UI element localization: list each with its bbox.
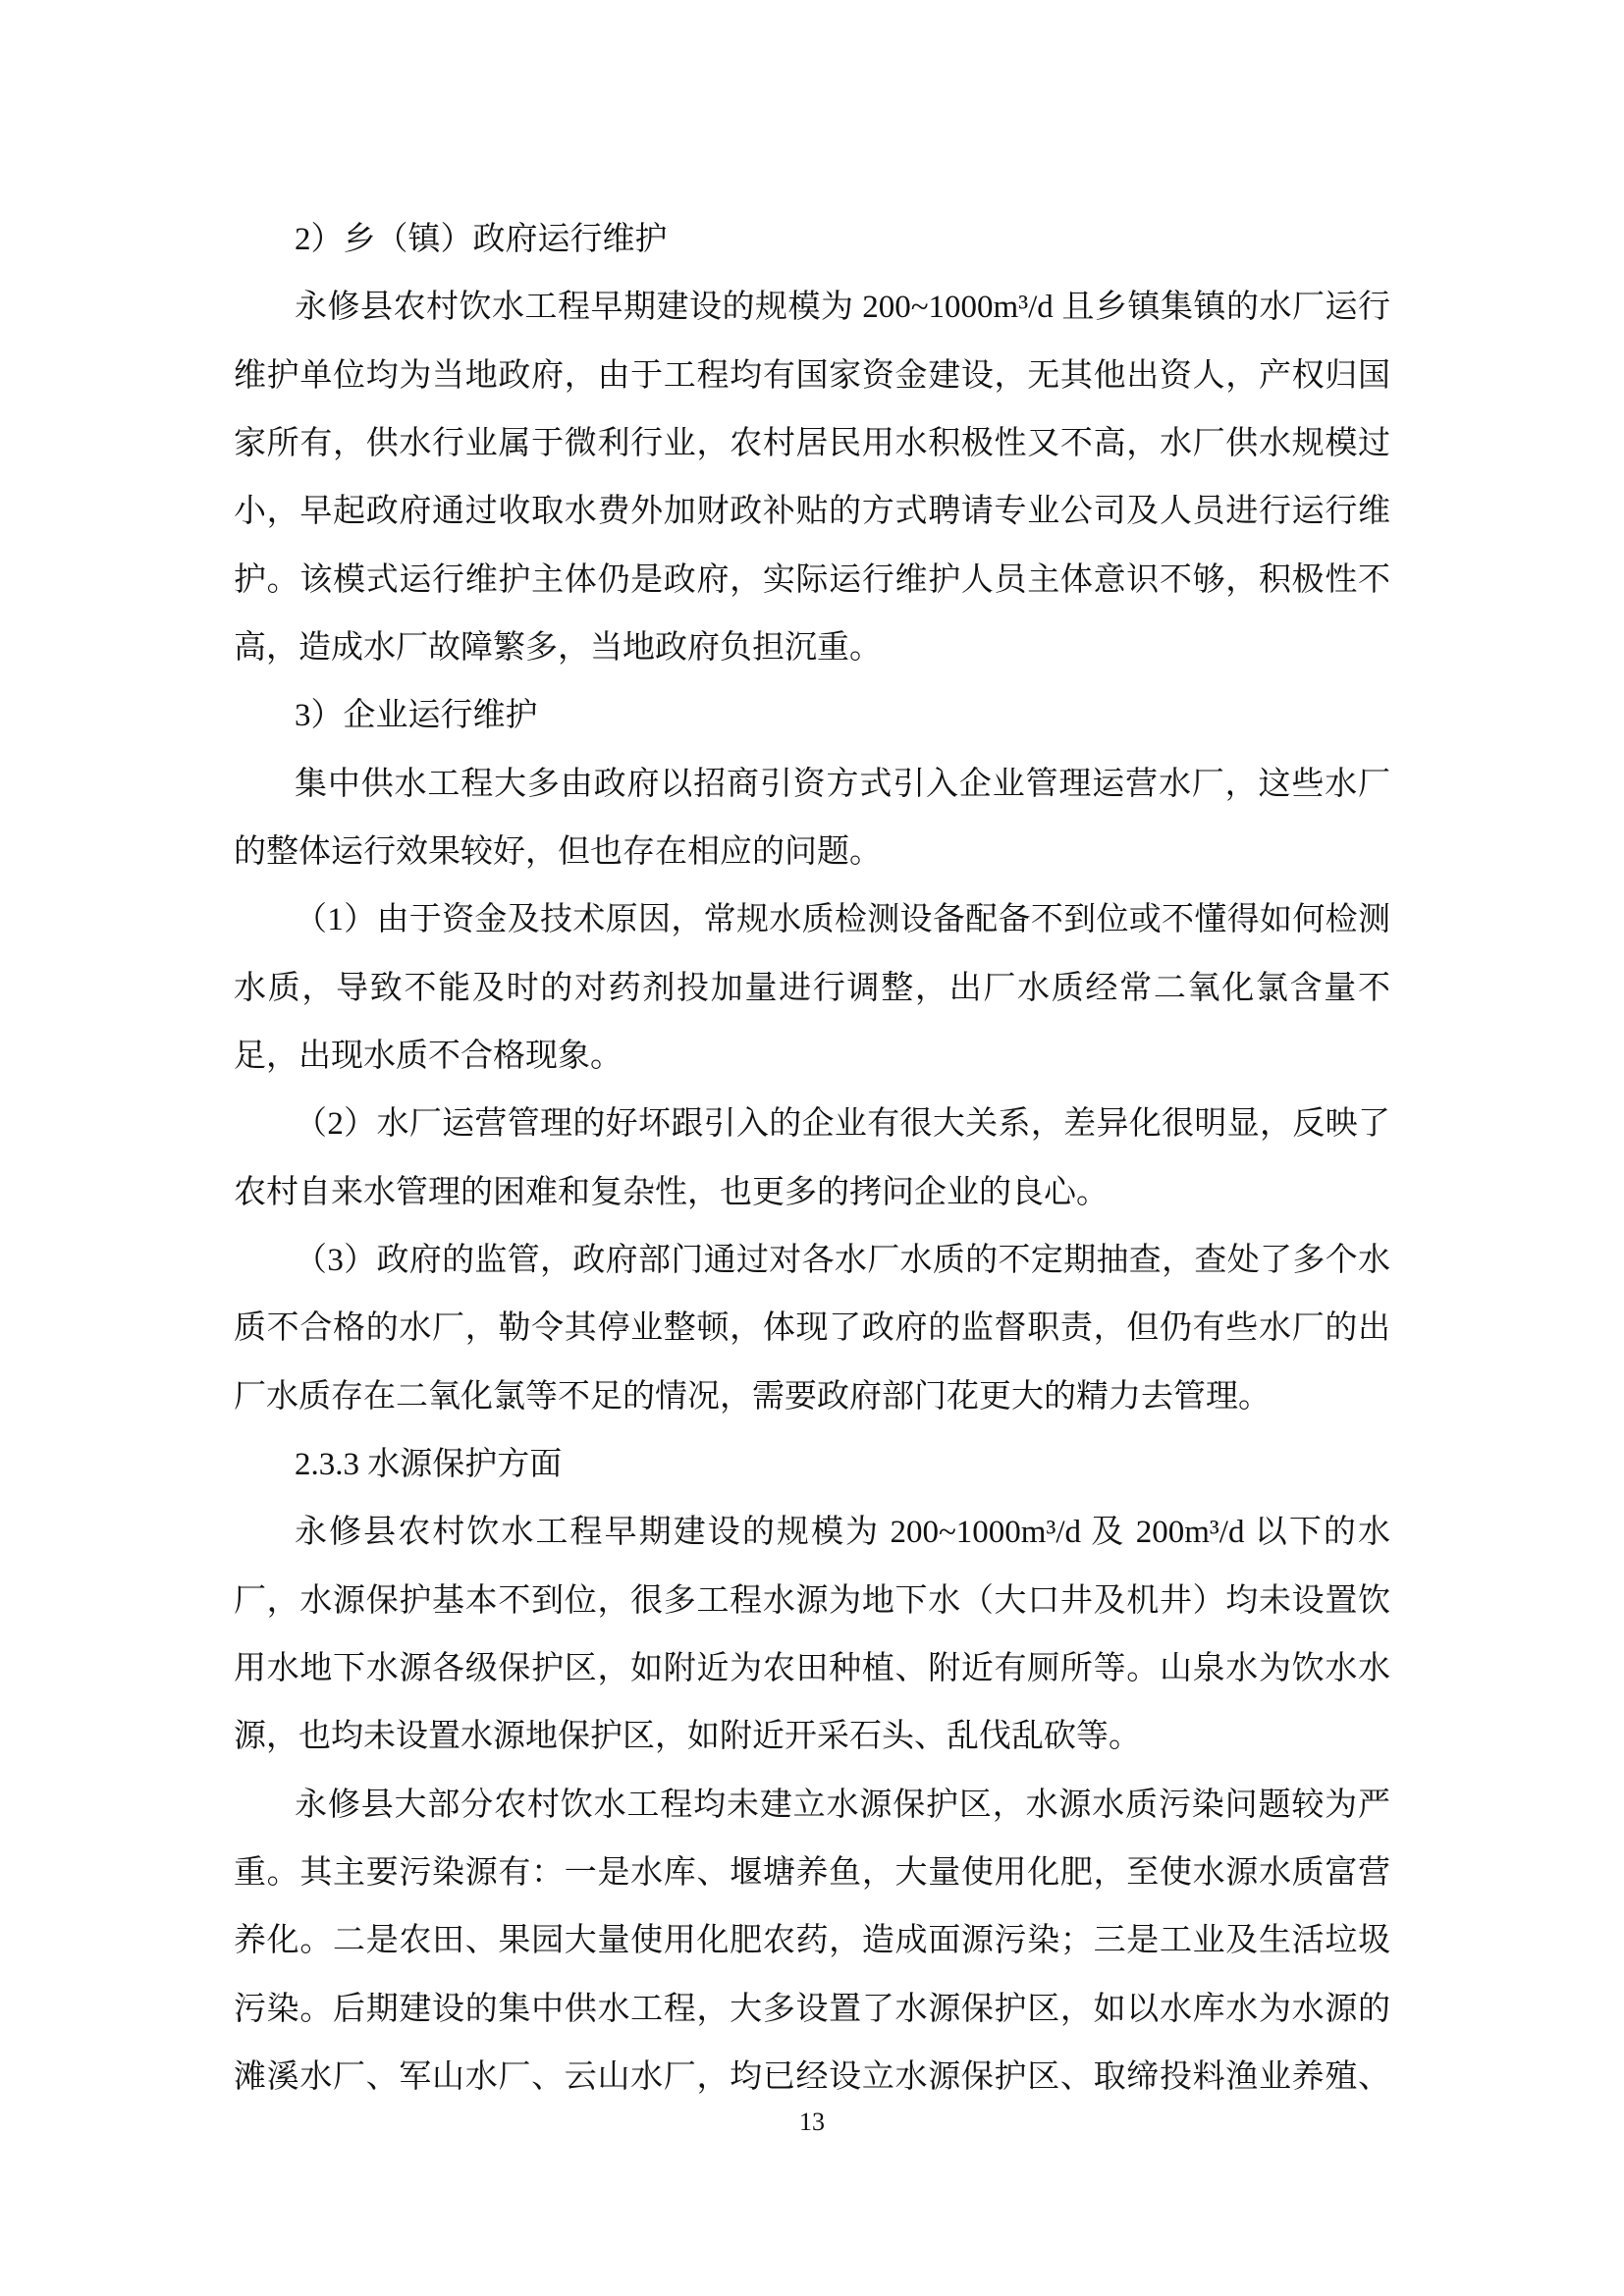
paragraph-line: 重。其主要污染源有：一是水库、堰塘养鱼，大量使用化肥，至使水源水质富营 [234,1840,1390,1907]
subheading-enterprise-maintenance: 3）企业运行维护 [234,682,1390,750]
page-number: 13 [0,2103,1624,2142]
list-item-3-line: （3）政府的监管，政府部门通过对各水厂水质的不定期抽查，查处了多个水 [234,1227,1390,1295]
paragraph-line: 家所有，供水行业属于微利行业，农村居民用水积极性又不高，水厂供水规模过 [234,410,1390,478]
document-page: 2）乡（镇）政府运行维护 永修县农村饮水工程早期建设的规模为 200~1000m… [0,0,1624,2296]
paragraph-line: 永修县农村饮水工程早期建设的规模为 200~1000m³/d 且乡镇集镇的水厂运… [234,274,1390,342]
list-item-2-line: （2）水厂运营管理的好坏跟引入的企业有很大关系，差异化很明显，反映了 [234,1091,1390,1158]
paragraph-line: 养化。二是农田、果园大量使用化肥农药，造成面源污染；三是工业及生活垃圾 [234,1907,1390,1975]
paragraph-line: 小，早起政府通过收取水费外加财政补贴的方式聘请专业公司及人员进行运行维 [234,478,1390,546]
section-heading-water-source-protection: 2.3.3 水源保护方面 [234,1431,1390,1499]
paragraph-line: 源，也均未设置水源地保护区，如附近开采石头、乱伐乱砍等。 [234,1703,1390,1771]
paragraph-line: 滩溪水厂、军山水厂、云山水厂，均已经设立水源保护区、取缔投料渔业养殖、 [234,2044,1390,2111]
paragraph-line: 护。该模式运行维护主体仍是政府，实际运行维护人员主体意识不够，积极性不 [234,547,1390,614]
body-text: 2）乡（镇）政府运行维护 永修县农村饮水工程早期建设的规模为 200~1000m… [234,206,1390,2111]
list-item-1-line: （1）由于资金及技术原因，常规水质检测设备配备不到位或不懂得如何检测 [234,886,1390,954]
list-item-1-line: 足，出现水质不合格现象。 [234,1023,1390,1091]
list-item-2-line: 农村自来水管理的困难和复杂性，也更多的拷问企业的良心。 [234,1159,1390,1227]
paragraph-line: 永修县大部分农村饮水工程均未建立水源保护区，水源水质污染问题较为严 [234,1772,1390,1840]
list-item-3-line: 质不合格的水厂，勒令其停业整顿，体现了政府的监督职责，但仍有些水厂的出 [234,1295,1390,1362]
list-item-1-line: 水质，导致不能及时的对药剂投加量进行调整，出厂水质经常二氧化氯含量不 [234,955,1390,1023]
paragraph-line: 厂，水源保护基本不到位，很多工程水源为地下水（大口井及机井）均未设置饮 [234,1568,1390,1635]
paragraph-line: 高，造成水厂故障繁多，当地政府负担沉重。 [234,614,1390,682]
paragraph-line: 集中供水工程大多由政府以招商引资方式引入企业管理运营水厂，这些水厂 [234,751,1390,819]
list-item-3-line: 厂水质存在二氧化氯等不足的情况，需要政府部门花更大的精力去管理。 [234,1363,1390,1431]
subheading-township-maintenance: 2）乡（镇）政府运行维护 [234,206,1390,274]
paragraph-line: 用水地下水源各级保护区，如附近为农田种植、附近有厕所等。山泉水为饮水水 [234,1635,1390,1703]
paragraph-line: 的整体运行效果较好，但也存在相应的问题。 [234,819,1390,886]
paragraph-line: 维护单位均为当地政府，由于工程均有国家资金建设，无其他出资人，产权归国 [234,343,1390,410]
paragraph-line: 污染。后期建设的集中供水工程，大多设置了水源保护区，如以水库水为水源的 [234,1976,1390,2044]
paragraph-line: 永修县农村饮水工程早期建设的规模为 200~1000m³/d 及 200m³/d… [234,1499,1390,1567]
